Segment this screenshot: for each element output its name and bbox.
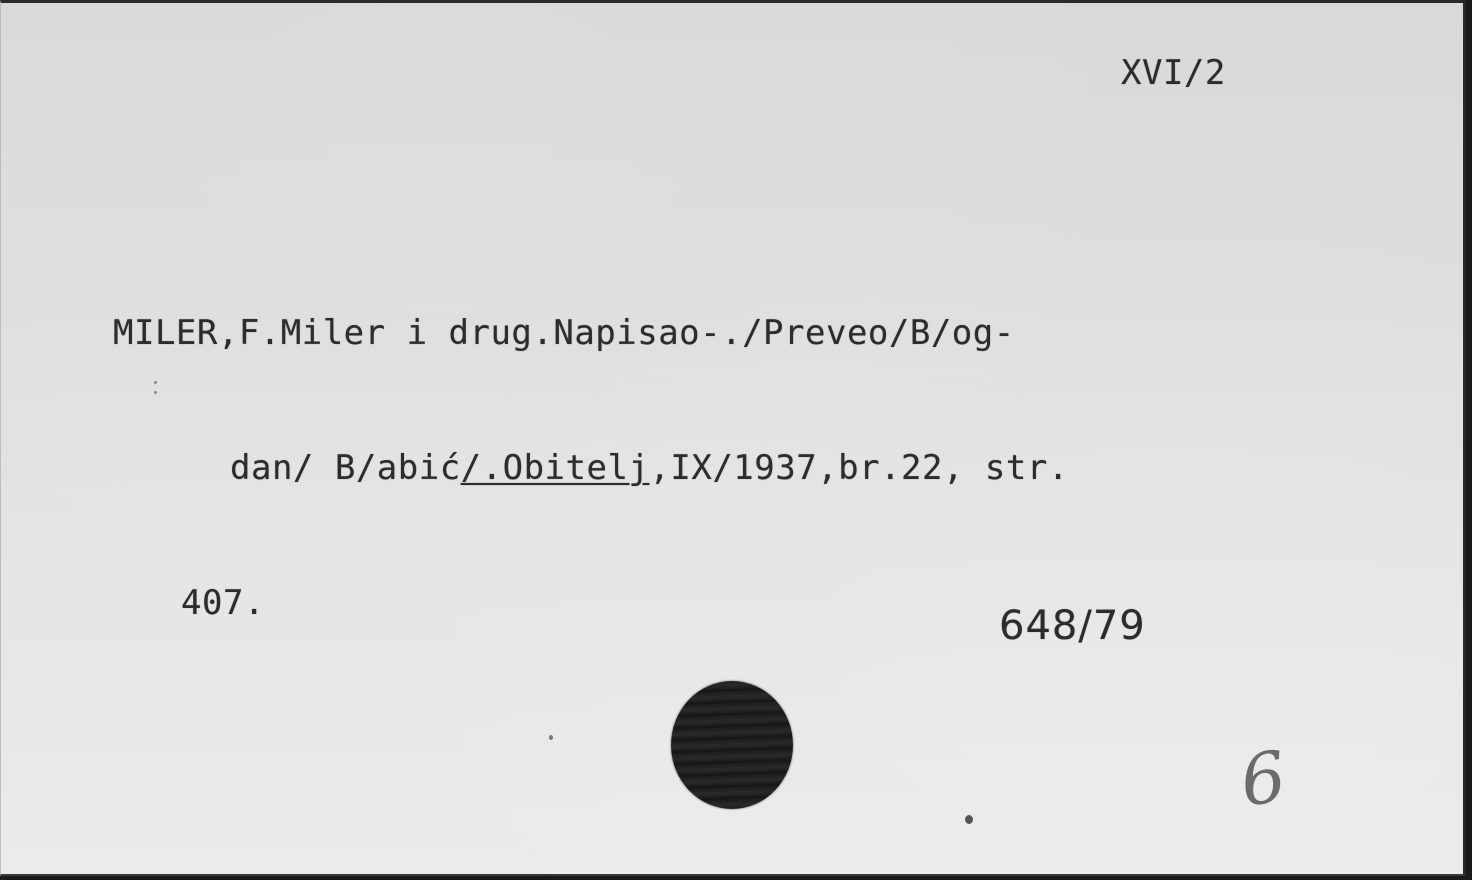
ink-speck [549, 735, 553, 740]
entry-line-2-start: dan/ B/abić [230, 448, 461, 488]
catalog-card: XVI/2 MILER,F.Miler i drug.Napisao-./Pre… [0, 0, 1466, 876]
entry-line-1: MILER,F.Miler i drug.Napisao-./Preveo/B/… [113, 311, 1069, 356]
ink-speck [965, 815, 973, 824]
entry-line-2-end: ,IX/1937,br.22, str. [649, 448, 1068, 488]
punch-hole-icon [671, 681, 793, 809]
journal-title: /.Obitelj [461, 448, 650, 488]
ink-speck [154, 381, 157, 384]
entry-line-3: 407. [113, 581, 1069, 626]
call-number: XVI/2 [1121, 53, 1226, 93]
ink-speck [154, 391, 157, 394]
accession-number: 648/79 [999, 603, 1146, 649]
bibliographic-entry: MILER,F.Miler i drug.Napisao-./Preveo/B/… [113, 221, 1069, 716]
handwritten-mark: 6 [1236, 735, 1292, 822]
entry-line-2: dan/ B/abić/.Obitelj,IX/1937,br.22, str. [113, 446, 1069, 491]
